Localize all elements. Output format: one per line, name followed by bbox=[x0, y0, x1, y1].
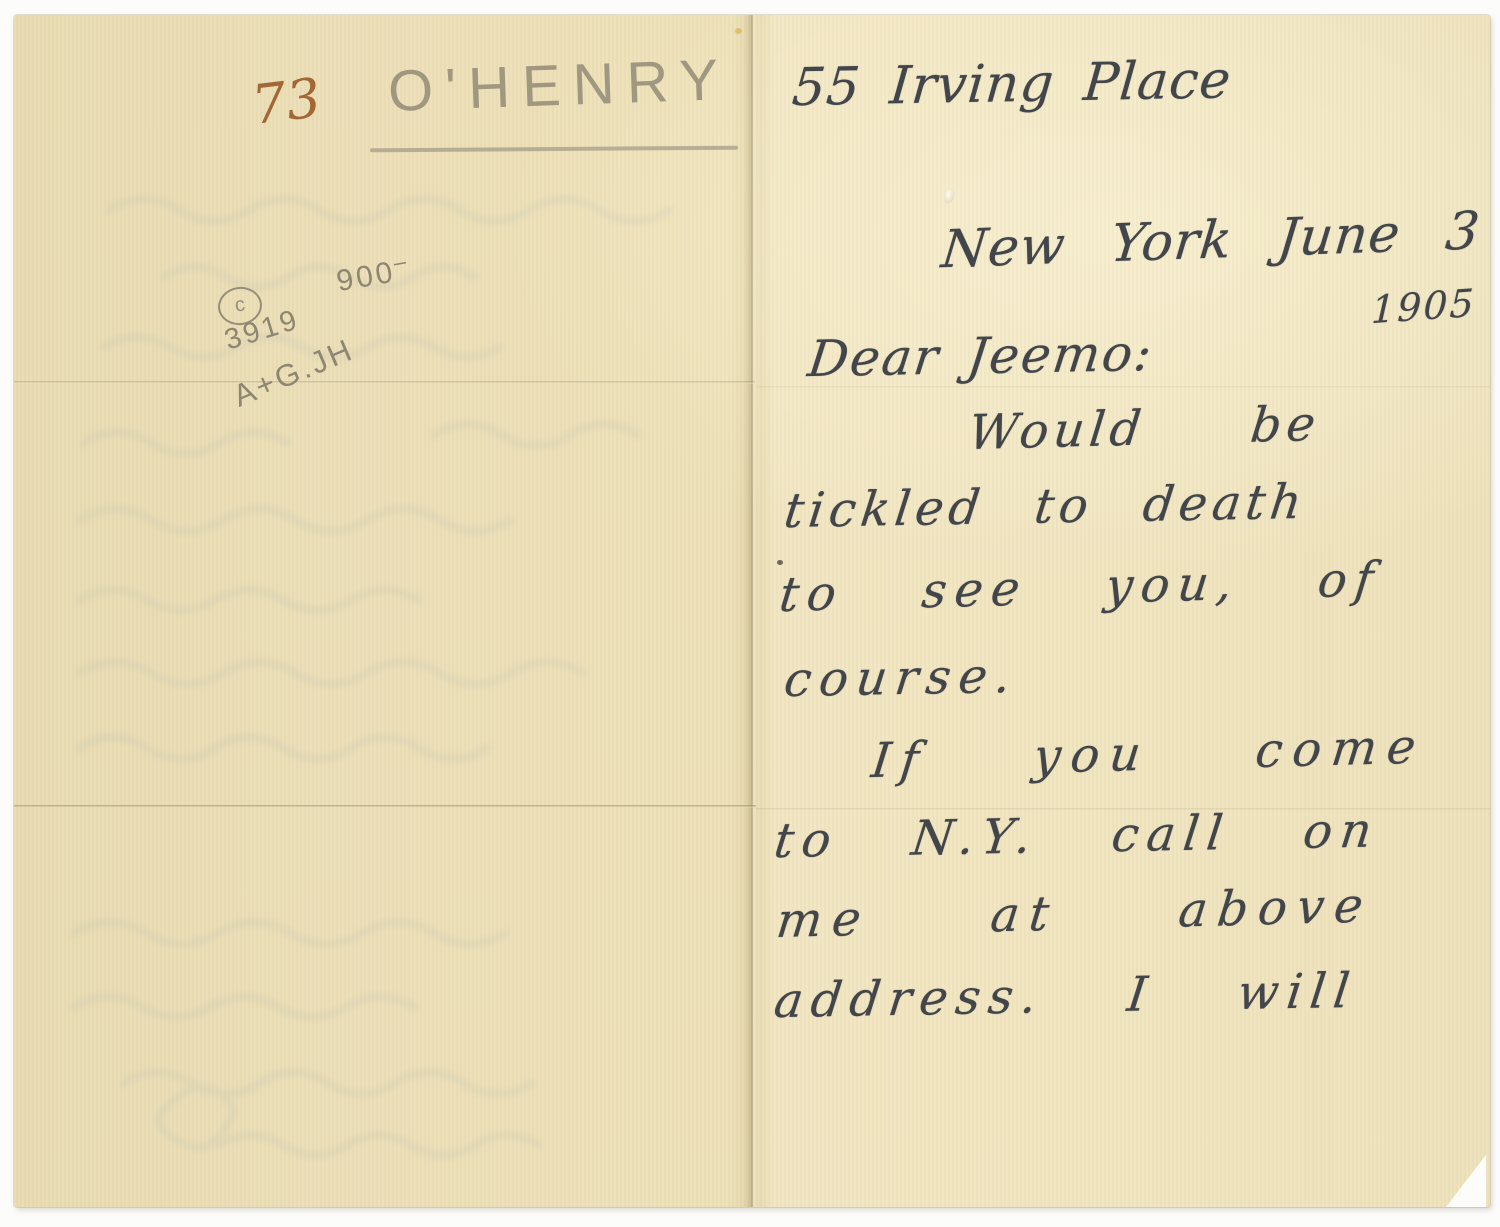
letter-body-line: course. bbox=[781, 648, 1022, 708]
letter-body-line: Would be bbox=[966, 396, 1324, 461]
lot-number-annotation: 73 bbox=[248, 66, 324, 137]
letter-scan: 73 O'HENRY 900– c 3919 A+G.JH 55 Irving … bbox=[0, 0, 1500, 1227]
letter-body-line: to N.Y. call on bbox=[771, 802, 1383, 869]
paper-fleck bbox=[735, 28, 742, 34]
ink-speck bbox=[777, 560, 783, 565]
letter-address-line: 55 Irving Place bbox=[790, 50, 1234, 118]
letter-body-line: address. I will bbox=[771, 963, 1360, 1029]
horizontal-crease-left-lower bbox=[14, 805, 756, 808]
author-name-annotation: O'HENRY bbox=[387, 46, 731, 125]
letter-salutation: Dear Jeemo: bbox=[805, 324, 1157, 388]
horizontal-crease-left-upper bbox=[14, 381, 755, 384]
paper-corner-cut bbox=[1446, 1155, 1486, 1207]
show-through-writing bbox=[14, 15, 754, 1207]
vertical-fold-crease bbox=[744, 15, 760, 1207]
letter-body-line: tickled to death bbox=[781, 474, 1310, 539]
letter-year: 1905 bbox=[1370, 281, 1476, 333]
